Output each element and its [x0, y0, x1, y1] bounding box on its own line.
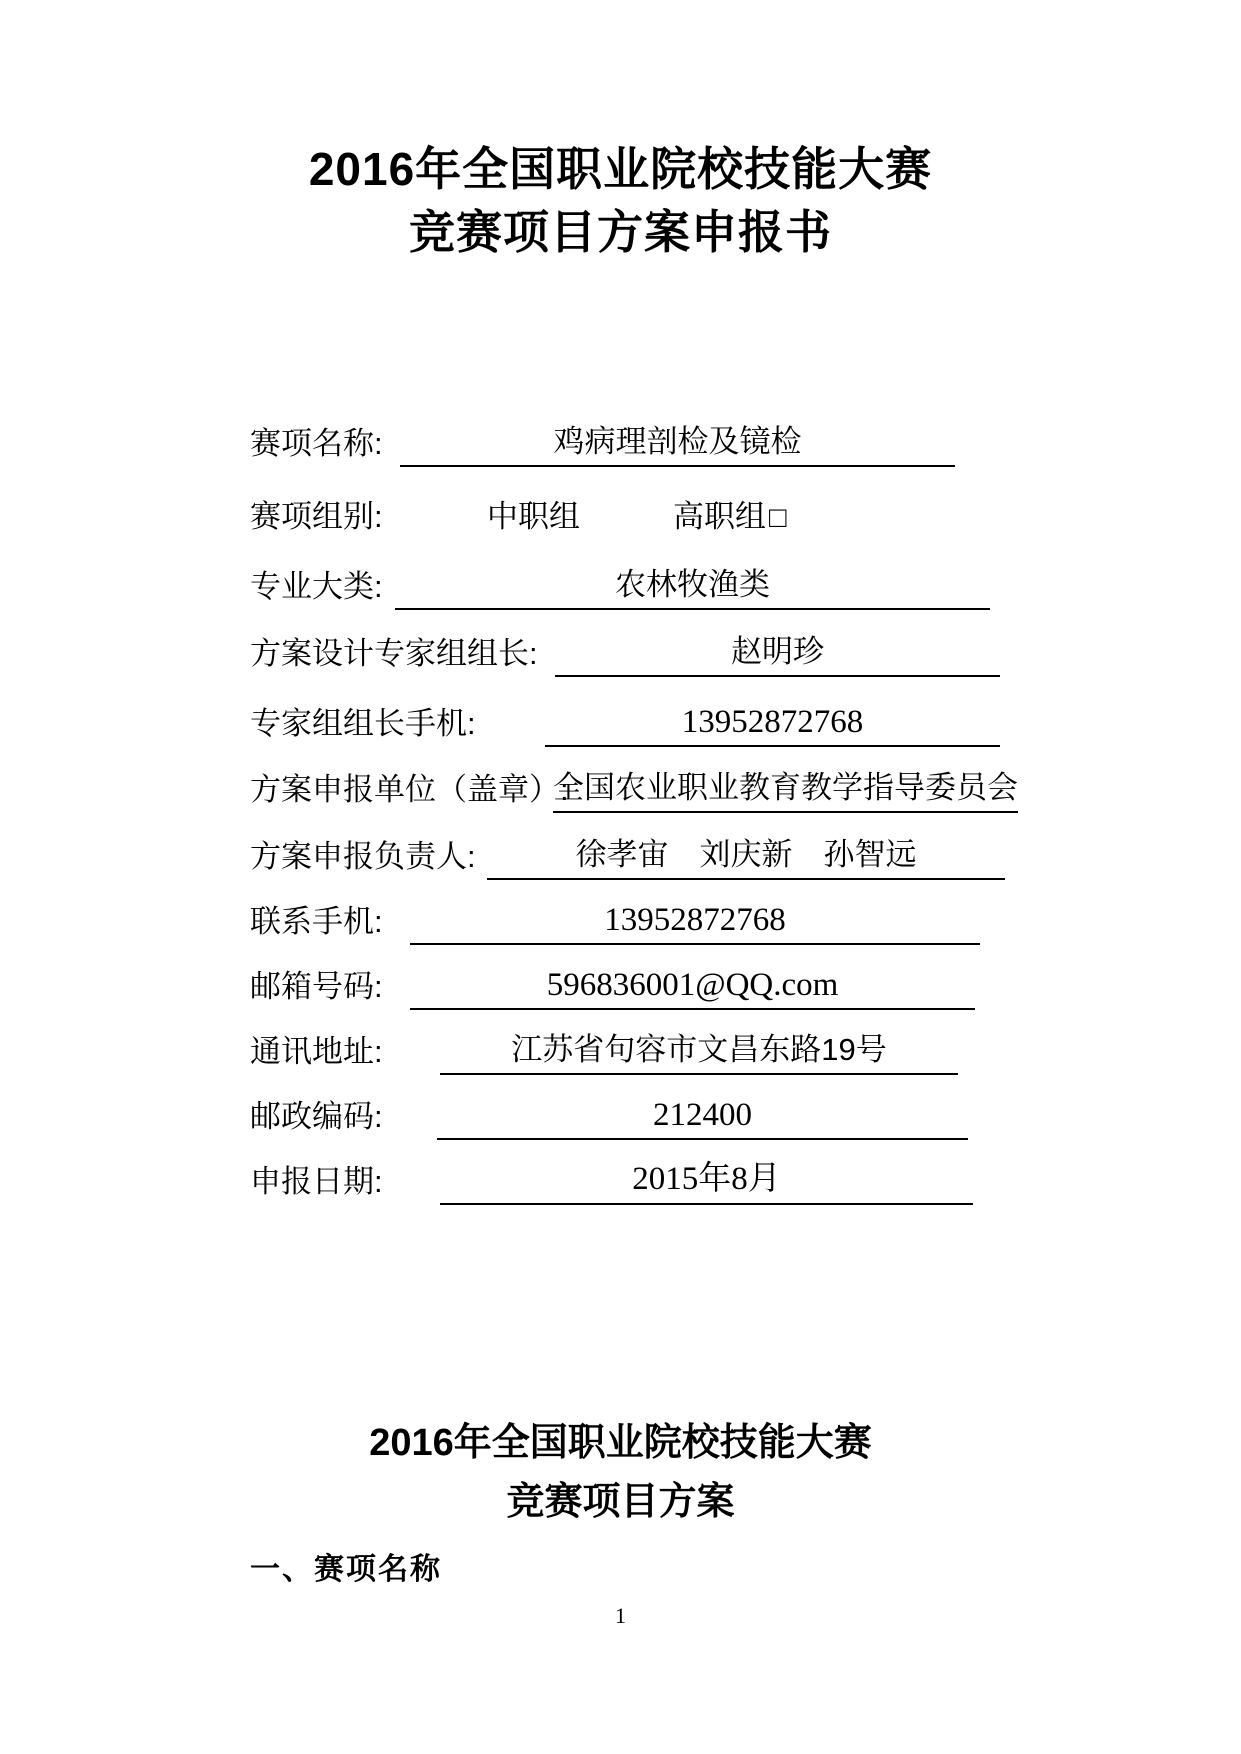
application-date-value: 2015年8月 [440, 1152, 973, 1205]
section-heading-line-1: 2016年全国职业院校技能大赛 [0, 1414, 1241, 1473]
document-title: 2016年全国职业院校技能大赛 竞赛项目方案申报书 [0, 138, 1241, 264]
applicant-organization-label: 方案申报单位（盖章）: [250, 764, 569, 809]
form-row-email: 邮箱号码: 596836001@QQ.com [250, 964, 1241, 1010]
email-label: 邮箱号码: [250, 961, 383, 1006]
form-row-expert-leader-phone: 专家组组长手机: 13952872768 [250, 701, 1241, 747]
event-name-label: 赛项名称: [250, 418, 383, 463]
section-heading-line-2: 竞赛项目方案 [0, 1473, 1241, 1532]
document-title-line-1: 2016年全国职业院校技能大赛 [0, 138, 1241, 201]
event-group-label: 赛项组别: [250, 491, 383, 536]
contact-phone-label: 联系手机: [250, 896, 383, 941]
expert-group-leader-label: 方案设计专家组组长: [250, 628, 538, 673]
expert-leader-phone-label: 专家组组长手机: [250, 698, 476, 743]
form-row-applicant-persons: 方案申报负责人: 徐孝宙 刘庆新 孙智远 [250, 834, 1241, 880]
form-row-major-category: 专业大类: 农林牧渔类 [250, 564, 1241, 610]
option-secondary-vocational: 中职组 [487, 491, 580, 536]
applicant-persons-value: 徐孝宙 刘庆新 孙智远 [487, 829, 1005, 880]
applicant-persons-label: 方案申报负责人: [250, 831, 476, 876]
mailing-address-label: 通讯地址: [250, 1026, 383, 1071]
form-row-application-date: 申报日期: 2015年8月 [250, 1159, 1241, 1205]
option-higher-vocational: 高职组□ [673, 491, 787, 536]
document-title-line-2: 竞赛项目方案申报书 [0, 201, 1241, 264]
page-number: 1 [0, 1603, 1241, 1629]
applicant-organization-value: 全国农业职业教育教学指导委员会 [553, 762, 1018, 813]
major-category-value: 农林牧渔类 [395, 559, 990, 610]
form-row-mailing-address: 通讯地址: 江苏省句容市文昌东路19号 [250, 1029, 1241, 1075]
form-row-applicant-organization: 方案申报单位（盖章）: 全国农业职业教育教学指导委员会 [250, 767, 1241, 813]
form-row-contact-phone: 联系手机: 13952872768 [250, 899, 1241, 945]
form-row-postal-code: 邮政编码: 212400 [250, 1094, 1241, 1140]
expert-group-leader-value: 赵明珍 [555, 626, 1000, 677]
application-date-label: 申报日期: [250, 1156, 383, 1201]
section-heading: 2016年全国职业院校技能大赛 竞赛项目方案 [0, 1414, 1241, 1532]
mailing-address-value: 江苏省句容市文昌东路19号 [440, 1024, 958, 1075]
postal-code-value: 212400 [437, 1097, 968, 1140]
section-item-heading: 一、赛项名称 [250, 1544, 442, 1588]
postal-code-label: 邮政编码: [250, 1091, 383, 1136]
form-row-expert-group-leader: 方案设计专家组组长: 赵明珍 [250, 631, 1241, 677]
expert-leader-phone-value: 13952872768 [545, 704, 1000, 747]
document-page: 2016年全国职业院校技能大赛 竞赛项目方案申报书 赛项名称: 鸡病理剖检及镜检… [0, 0, 1241, 1754]
email-value: 596836001@QQ.com [410, 967, 975, 1010]
checkbox-icon-empty: □ [769, 502, 787, 535]
contact-phone-value: 13952872768 [410, 902, 980, 945]
major-category-label: 专业大类: [250, 561, 383, 606]
form-row-event-name: 赛项名称: 鸡病理剖检及镜检 [250, 421, 1241, 467]
form-row-event-group: 赛项组别: 中职组 高职组□ [250, 494, 1241, 540]
event-name-value: 鸡病理剖检及镜检 [400, 416, 955, 467]
option-higher-vocational-label: 高职组 [673, 499, 766, 534]
